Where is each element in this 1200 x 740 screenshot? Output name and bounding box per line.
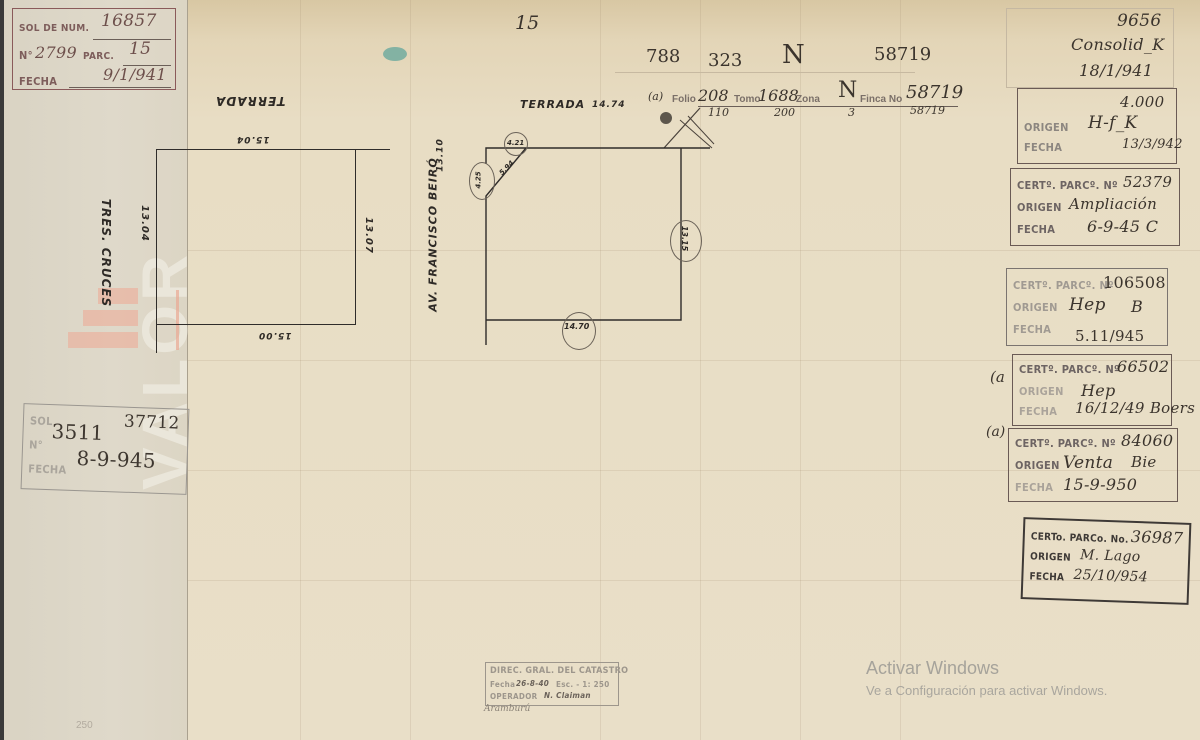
grid-line xyxy=(600,0,601,740)
header-value: 323 xyxy=(708,50,742,71)
scanned-document: VALOR 15 788 323 N 58719 (a) Folio 208 T… xyxy=(0,0,1200,740)
street-label-left: AV. FRANCISCO BEIRÓ xyxy=(427,157,440,311)
sol-stamp-top-left: SOL DE NUM. 16857 N° 2799 PARC. 15 FECHA… xyxy=(12,8,176,90)
cert-stamp-4: CERTº. PARCº. Nº 66502 ORIGEN Hep FECHA … xyxy=(1012,354,1172,426)
windows-activation-overlay: Activar Windows Ve a Configuración para … xyxy=(866,658,1107,698)
grid-line xyxy=(410,0,411,740)
top-right-note: 9656 Consolid_K 18/1/941 xyxy=(1006,8,1174,88)
dim-top: 15.04 xyxy=(236,134,269,144)
sol-stamp-left: SOL N° FECHA 3511 37712 8-9-945 xyxy=(21,403,190,495)
street-label-top: TERRADA xyxy=(520,98,585,111)
bottom-left-number: 250 xyxy=(76,720,93,731)
street-left-dim: 13.10 xyxy=(436,138,446,171)
cert-stamp-5: CERTº. PARCº. Nº 84060 ORIGEN Venta Bie … xyxy=(1008,428,1178,502)
dim-circle xyxy=(562,312,596,350)
cert-stamp-3: CERTº. PARCº. Nº 106508 ORIGEN Hep B FEC… xyxy=(1006,268,1168,346)
street-label-top: TERRADA xyxy=(215,94,285,108)
header-value: 58719 xyxy=(874,44,931,65)
catastro-signature: Aramburú xyxy=(484,704,530,714)
dim-corner-left: 4.25 xyxy=(475,171,483,188)
dim-bottom: 15.00 xyxy=(258,330,291,340)
cert-stamp-6: CERTo. PARCo. No. 36987 ORIGEN M. Lago F… xyxy=(1021,517,1192,605)
activation-subtitle: Ve a Configuración para activar Windows. xyxy=(866,683,1107,698)
scan-edge xyxy=(0,0,4,740)
page-number: 15 xyxy=(515,12,539,34)
dim-right: 13.15 xyxy=(680,226,689,251)
street-top-dim: 14.74 xyxy=(592,100,625,110)
cert-prefix: (a xyxy=(990,368,1005,386)
activation-title: Activar Windows xyxy=(866,658,1107,679)
dim-left: 13.04 xyxy=(139,205,150,242)
catastro-stamp: DIREC. GRAL. DEL CATASTRO Fecha 26-8-40 … xyxy=(485,662,619,706)
dim-right: 13.07 xyxy=(363,217,374,254)
header-value: N xyxy=(782,40,805,70)
cert-stamp-1: 4.000 ORIGEN H-f_K FECHA 13/3/942 xyxy=(1017,88,1177,164)
street-label-left: TRES. CRUCES xyxy=(99,199,113,307)
lot-outline-left xyxy=(156,149,356,325)
dim-bottom: 14.70 xyxy=(564,322,589,331)
cert-stamp-2: CERTº. PARCº. Nº 52379 ORIGEN Ampliación… xyxy=(1010,168,1180,246)
header-value: 788 xyxy=(646,46,680,67)
cert-prefix: (a) xyxy=(986,424,1005,440)
grid-line xyxy=(300,0,301,740)
ink-smudge xyxy=(383,47,407,61)
dim-corner-top: 4.21 xyxy=(507,139,524,147)
